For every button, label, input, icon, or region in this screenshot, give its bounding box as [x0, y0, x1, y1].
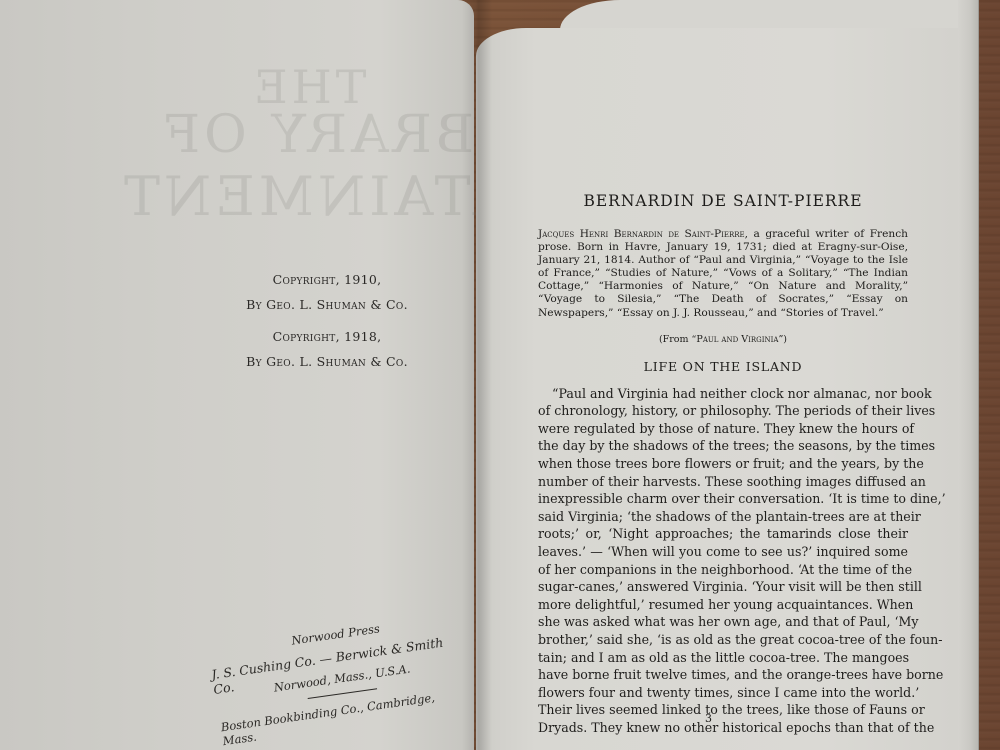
- source-attribution: (From “Paul and Virginia”): [538, 334, 908, 345]
- body-line: inexpressible charm over their conversat…: [538, 490, 908, 508]
- body-line: of chronology, history, or philosophy. T…: [538, 402, 908, 420]
- body-line: roots;’ or, ‘Night approaches; the tamar…: [538, 525, 908, 543]
- right-page-curl: [560, 0, 960, 30]
- page-number: 3: [705, 712, 712, 725]
- author-full-name: Jacques Henri Bernardin de Saint-Pierre: [538, 228, 745, 240]
- copyright-holder-line: By Geo. L. Shuman & Co.: [222, 350, 432, 375]
- body-line: Dryads. They knew no other historical ep…: [538, 719, 908, 737]
- body-line: flowers four and twenty times, since I c…: [538, 684, 908, 702]
- imprint-printers: J. S. Cushing Co. — Berwick & Smith Co.: [210, 632, 464, 697]
- source-prefix: (From “: [659, 334, 696, 345]
- copyright-notice: Copyright, 1910, By Geo. L. Shuman & Co.…: [222, 268, 432, 382]
- body-line: number of their harvests. These soothing…: [538, 473, 908, 491]
- copyright-holder-line: By Geo. L. Shuman & Co.: [222, 293, 432, 318]
- body-line: brother,’ said she, ‘is as old as the gr…: [538, 631, 908, 649]
- body-line: Their lives seemed linked to the trees, …: [538, 701, 908, 719]
- right-page-content: BERNARDIN DE SAINT-PIERRE Jacques Henri …: [538, 192, 908, 737]
- copyright-year-line: Copyright, 1918,: [222, 325, 432, 350]
- left-page: THE LIBRARY OF ENTERTAINMENT Copyright, …: [0, 0, 474, 750]
- body-line: she was asked what was her own age, and …: [538, 613, 908, 631]
- body-line: the day by the shadows of the trees; the…: [538, 437, 908, 455]
- imprint-press: Norwood Press: [291, 621, 381, 647]
- source-work: Paul and Virginia: [696, 334, 778, 345]
- body-line: of her companions in the neighborhood. ‘…: [538, 561, 908, 579]
- body-line: sugar-canes,’ answered Virginia. ‘Your v…: [538, 578, 908, 596]
- body-line: were regulated by those of nature. They …: [538, 420, 908, 438]
- copyright-block-1918: Copyright, 1918, By Geo. L. Shuman & Co.: [222, 325, 432, 374]
- section-title: LIFE ON THE ISLAND: [538, 359, 908, 374]
- imprint-divider: [308, 688, 377, 699]
- body-line: tain; and I am as old as the little coco…: [538, 649, 908, 667]
- body-line: have borne fruit twelve times, and the o…: [538, 666, 908, 684]
- source-suffix: ”): [778, 334, 787, 345]
- page-stack-edge: [958, 0, 979, 750]
- chapter-title: BERNARDIN DE SAINT-PIERRE: [538, 192, 908, 210]
- book-gutter: [462, 0, 492, 750]
- biography-text: , a graceful writer of French prose. Bor…: [538, 228, 908, 319]
- body-text: “Paul and Virginia had neither clock nor…: [538, 385, 908, 737]
- imprint-binder: Boston Bookbinding Co., Cambridge, Mass.: [220, 686, 471, 749]
- body-line: leaves.’ — ‘When will you come to see us…: [538, 543, 908, 561]
- body-line: said Virginia; ‘the shadows of the plant…: [538, 508, 908, 526]
- body-line: “Paul and Virginia had neither clock nor…: [538, 385, 908, 403]
- author-biography: Jacques Henri Bernardin de Saint-Pierre,…: [538, 228, 908, 320]
- printer-imprint: Norwood Press J. S. Cushing Co. — Berwic…: [199, 604, 472, 749]
- copyright-block-1910: Copyright, 1910, By Geo. L. Shuman & Co.: [222, 268, 432, 317]
- body-line: when those trees bore flowers or fruit; …: [538, 455, 908, 473]
- copyright-year-line: Copyright, 1910,: [222, 268, 432, 293]
- body-line: more delightful,’ resumed her young acqu…: [538, 596, 908, 614]
